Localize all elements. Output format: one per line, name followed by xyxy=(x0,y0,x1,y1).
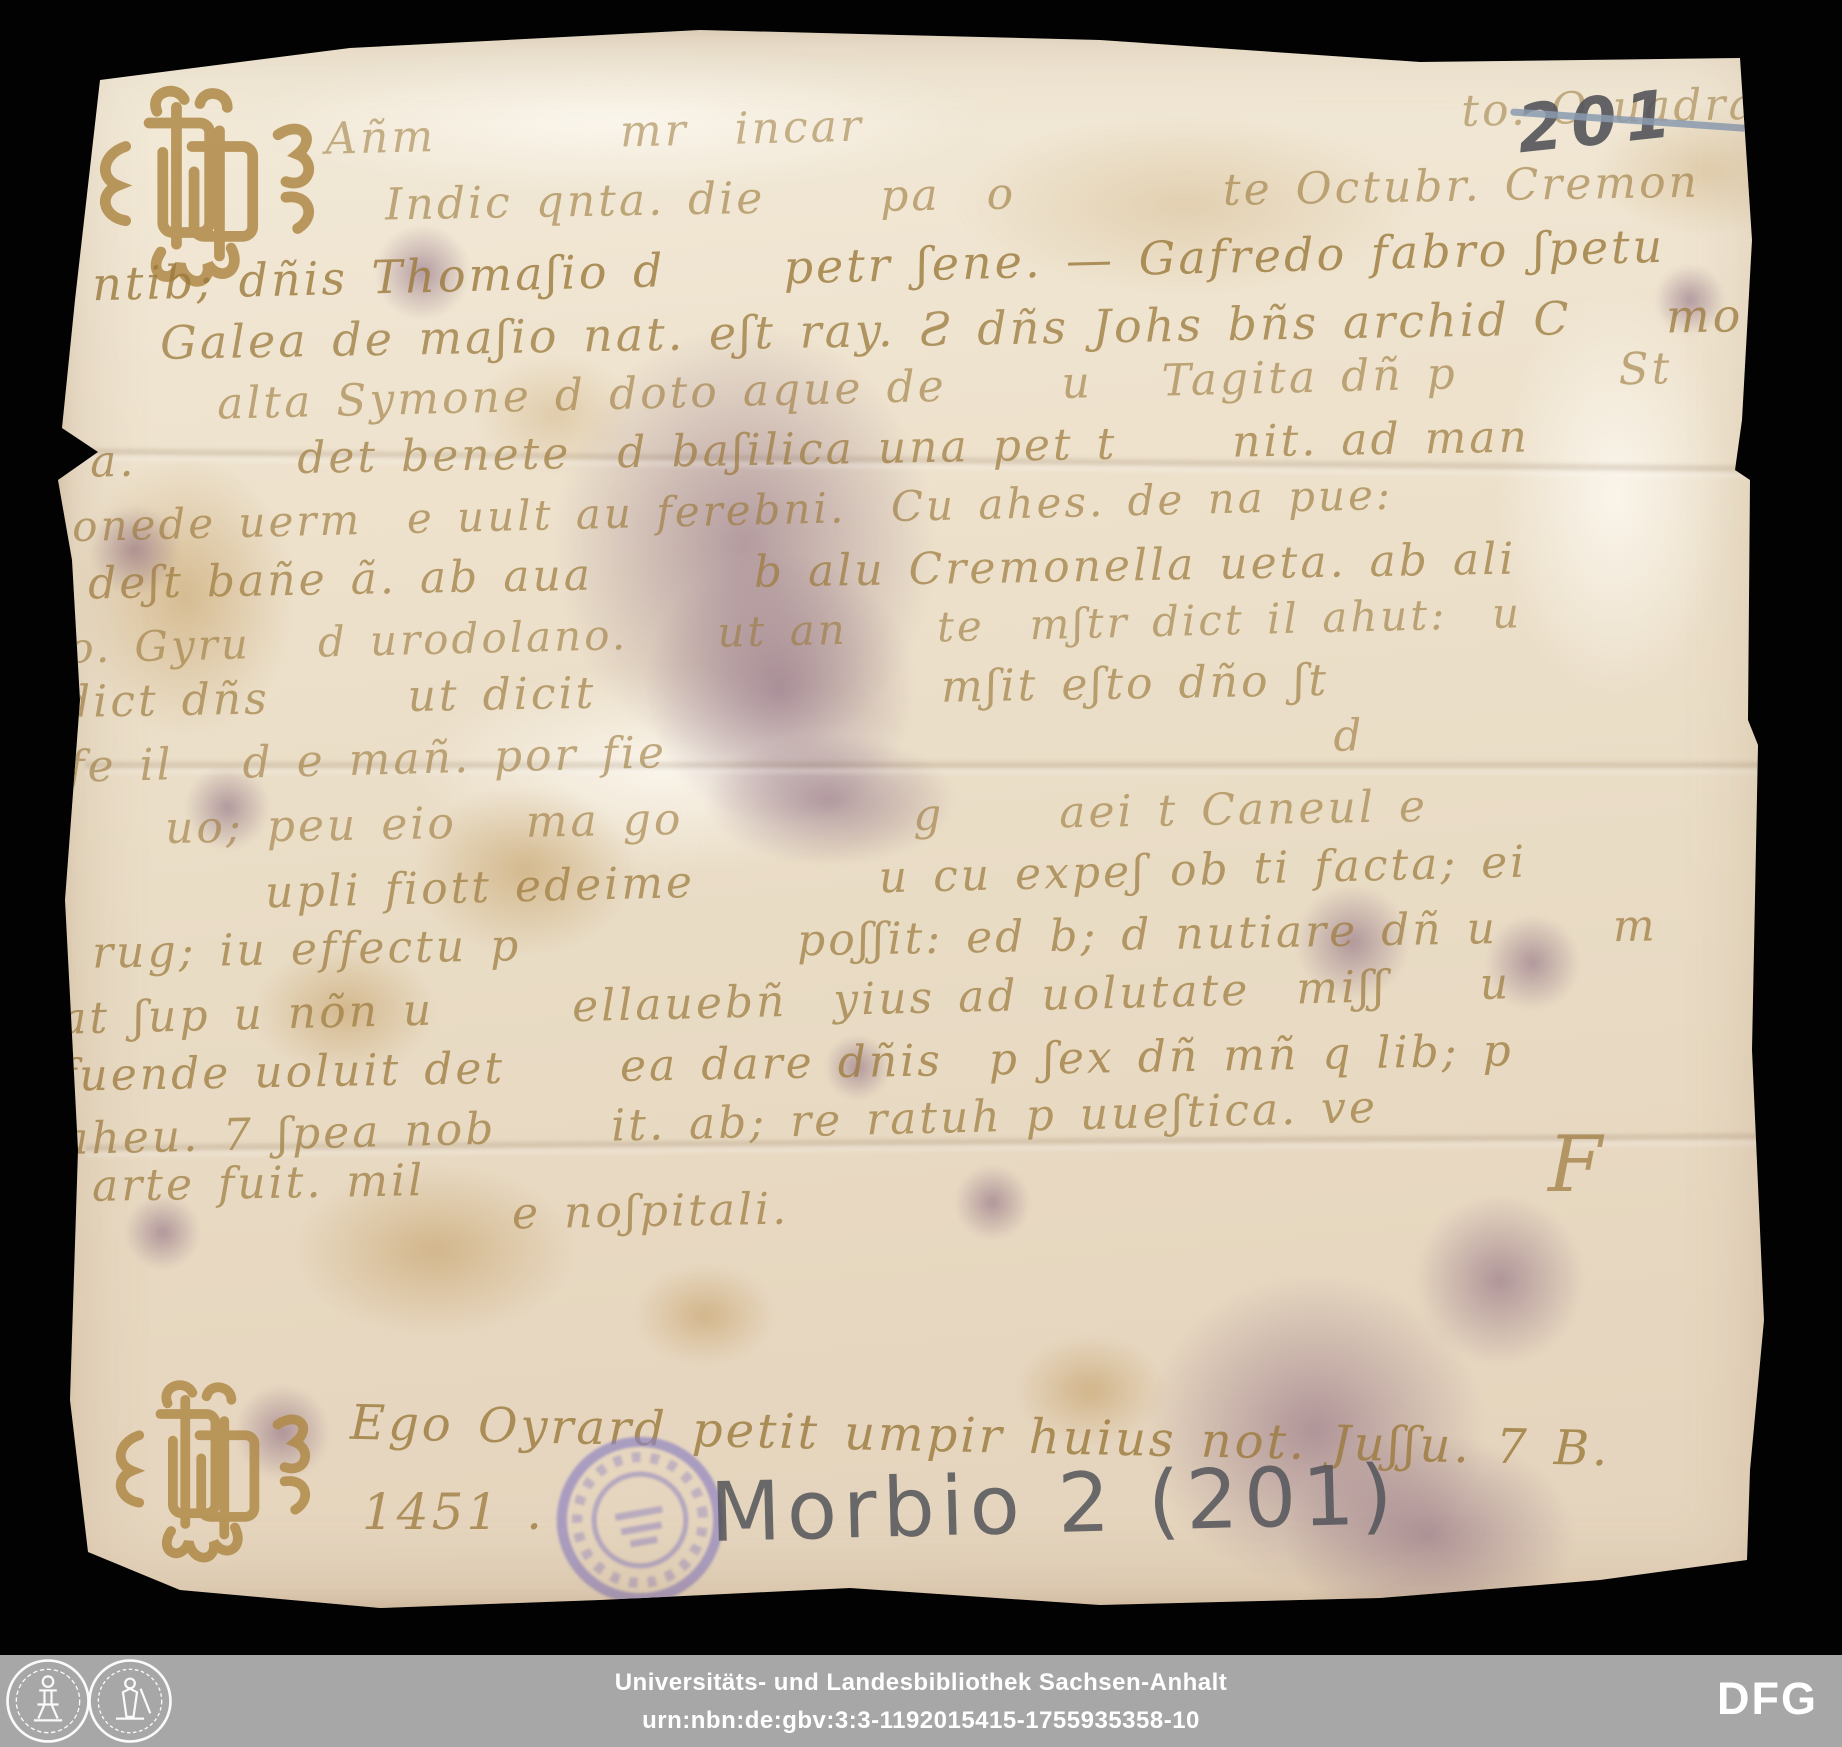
manuscript-parchment: Añm mr incar to. O uadrage. S o Indic qn… xyxy=(55,25,1780,1610)
dfg-logo: DFG xyxy=(1717,1673,1818,1725)
urn-identifier: urn:nbn:de:gbv:3:3-1192015415-1755935358… xyxy=(0,1707,1842,1735)
parchment-edge-shading xyxy=(55,25,1780,1610)
scan-viewer-page: Añm mr incar to. O uadrage. S o Indic qn… xyxy=(0,0,1842,1747)
metadata-footer-bar: Universitäts- und Landesbibliothek Sachs… xyxy=(0,1655,1842,1747)
institution-name: Universitäts- und Landesbibliothek Sachs… xyxy=(0,1669,1842,1697)
